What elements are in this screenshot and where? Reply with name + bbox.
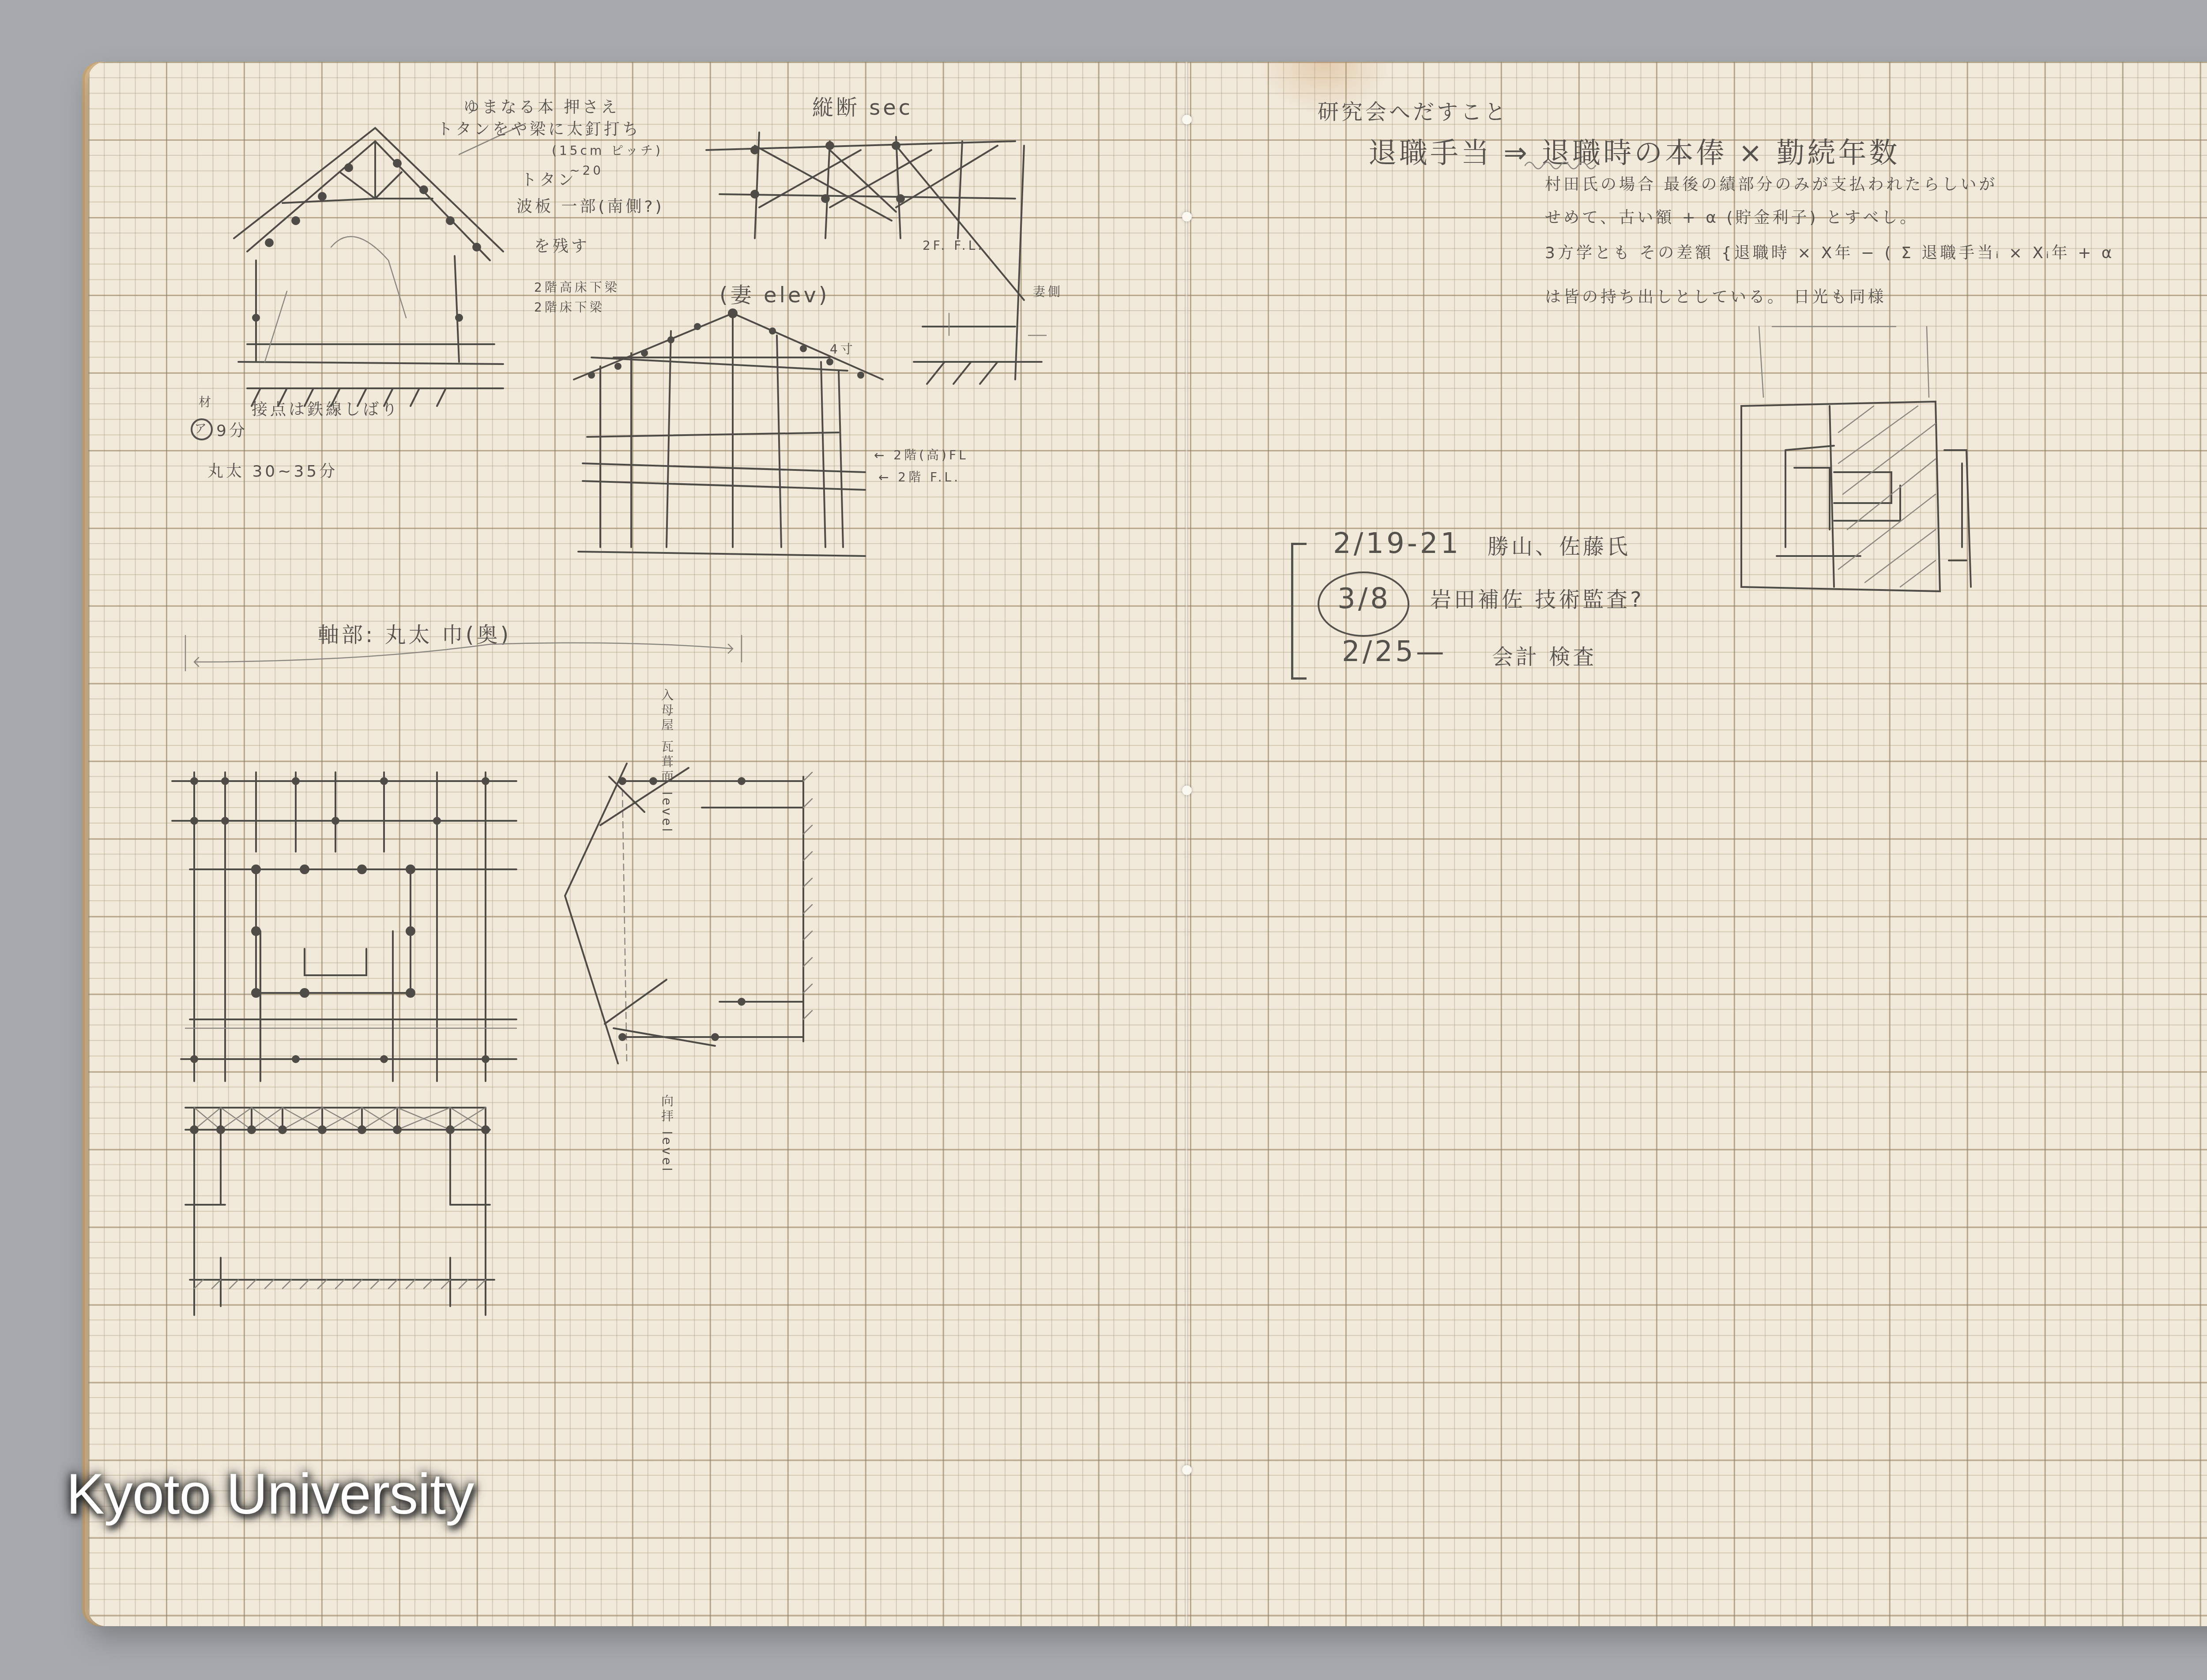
binding-staple-middle <box>1182 786 1192 795</box>
hip-roof-level-note: 入母屋 瓦葺面 level <box>658 688 675 834</box>
log-size-note: 丸太 30~35分 <box>207 459 338 481</box>
note-line-2: せめて、古い額 + α (貯金利子) とすべし。 <box>1545 205 1918 228</box>
gable-floor-high-note: ← 2階(高)FL <box>874 446 968 463</box>
wavy-underline <box>1525 159 1604 172</box>
joint-note: 接点は鉄線しばり <box>252 397 400 420</box>
hip-roof-section-sketch <box>556 755 821 1108</box>
truss-note-line2: トタンをや梁に太釘打ち <box>437 117 641 139</box>
hatched-plan-sketch <box>1732 318 1989 565</box>
braced-frame-elevation-sketch <box>185 1103 503 1333</box>
size-value: 9分 <box>216 418 248 441</box>
schedule-date-1: 2/19-21 <box>1333 527 1461 560</box>
binding-staple-upper <box>1182 212 1192 222</box>
gable-elevation-title: (妻 elev) <box>719 278 830 308</box>
size-label: 材 <box>199 393 214 410</box>
axis-dimension-arrow <box>181 635 755 671</box>
gable-floor-note: ← 2階 F.L. <box>878 468 960 485</box>
schedule-date-3: 2/25— <box>1342 635 1447 668</box>
schedule-bracket <box>1291 543 1307 680</box>
truss-note-line1: ゆまなる本 押さえ <box>463 95 619 117</box>
truss-note-line6: 波板 一部(南側?) <box>516 194 664 217</box>
meeting-agenda-heading: 研究会へだすこと <box>1318 95 1508 125</box>
note-line-4: は皆の持ち出しとしている。 日光も同様 <box>1545 285 1886 307</box>
schedule-item-3: 会計 検査 <box>1492 640 1597 670</box>
schedule-item-1: 勝山、佐藤氏 <box>1488 530 1631 560</box>
schedule-date-2: 3/8 <box>1337 583 1391 615</box>
long-section-title: 縦断 sec <box>812 90 913 121</box>
schedule-item-2: 岩田補佐 技術監査? <box>1430 583 1644 613</box>
floor-beam-note-1: 2階高床下梁 <box>534 278 620 296</box>
truss-note-line5: トタン <box>521 168 576 190</box>
roof-truss-section-sketch <box>221 115 530 388</box>
gable-size-note: 4寸 <box>830 340 855 357</box>
truss-note-line3: (15cm ピッチ) <box>552 141 663 159</box>
note-line-1: 村田氏の場合 最後の績部分のみが支払われたらしいが <box>1545 172 1997 195</box>
binding-staple-top <box>1182 115 1192 124</box>
note-line-3: 3方学とも その差額 {退職時 × X年 − ( Σ 退職手当ᵢ × Xᵢ年 +… <box>1545 241 2115 263</box>
porch-level-note: 向拝 level <box>658 1094 675 1173</box>
retirement-formula-line: 退職手当 ⇒ 退職時の本俸 × 勤続年数 <box>1368 130 1900 171</box>
floor-plan-sketch <box>172 772 525 1081</box>
notebook-spine <box>1185 62 1188 1626</box>
kyoto-university-watermark: Kyoto University <box>66 1461 474 1527</box>
size-mark: ア <box>194 419 209 437</box>
truss-note-line7: を残す <box>534 234 590 256</box>
binding-staple-lower <box>1182 1465 1192 1475</box>
long-section-note-2: 妻側 <box>1033 282 1063 300</box>
long-section-note-1: 2F. F.L. <box>923 238 984 253</box>
